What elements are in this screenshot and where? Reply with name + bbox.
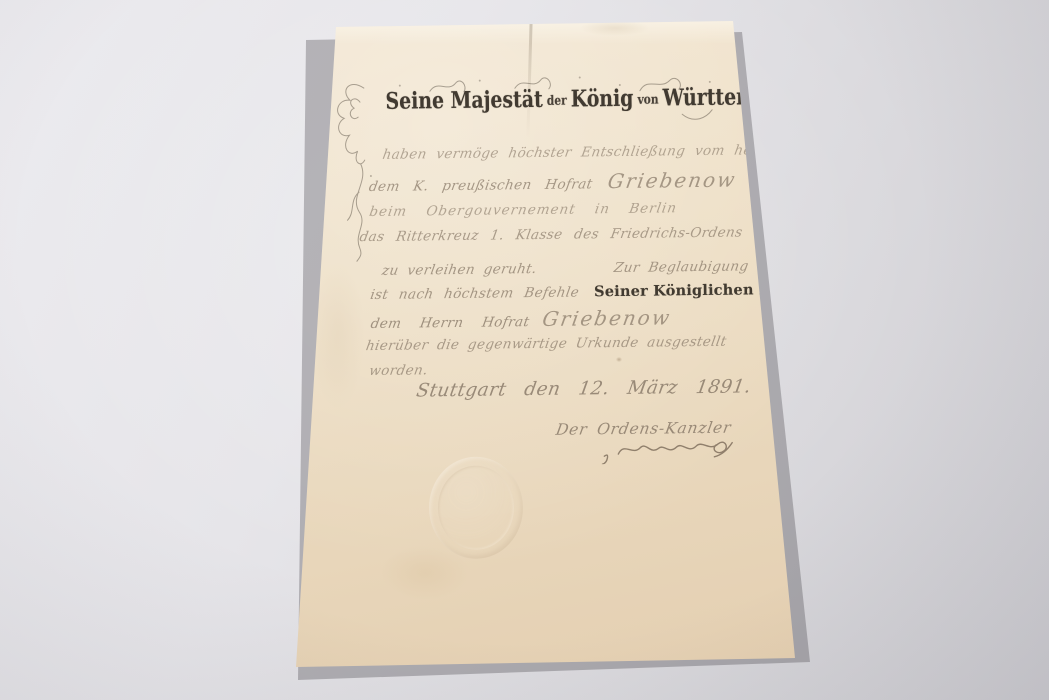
recipient-name: Griebenow [606,168,738,194]
place-date-line: Stuttgart den 12. März 1891. [416,376,751,401]
handwritten-line: hierüber die gegenwärtige Urkunde ausges… [366,331,727,354]
title-segment: der [543,94,571,109]
handwritten-text: Zur Beglaubigung [612,258,749,276]
handwritten-text: dem K. preußischen Hofrat [368,176,594,195]
handwritten-line: zu verleihen geruht. Zur Beglaubigung [382,255,748,278]
recipient-name: Griebenow [540,305,672,331]
handwritten-text: zu verleihen geruht. [381,261,538,279]
handwritten-text: worden. [368,362,429,379]
printed-header-title: Seine MajestätderKönigvonWürttemberg [385,84,690,115]
place-date-text: Stuttgart den 12. März 1891. [415,376,753,401]
signature-scrawl [596,435,736,465]
handwritten-line: dem Herrn Hofrat Griebenow [371,305,671,333]
handwritten-line: beim Obergouvernement in Berlin [369,197,677,220]
handwritten-line: dem K. preußischen Hofrat Griebenow [369,168,736,196]
handwritten-text: hierüber die gegenwärtige Urkunde ausges… [365,334,728,354]
handwritten-line: worden. [369,359,428,379]
photo-scene: Seine MajestätderKönigvonWürttemberg hab… [0,0,1049,700]
title-segment: König [571,85,634,113]
handwritten-text: ist nach höchstem Befehle [369,284,580,303]
embossed-seal [428,456,523,559]
handwritten-text: dem Herrn Hofrat [369,314,530,332]
title-segment: Seine Majestät [385,86,543,115]
title-segment: von [633,92,662,107]
